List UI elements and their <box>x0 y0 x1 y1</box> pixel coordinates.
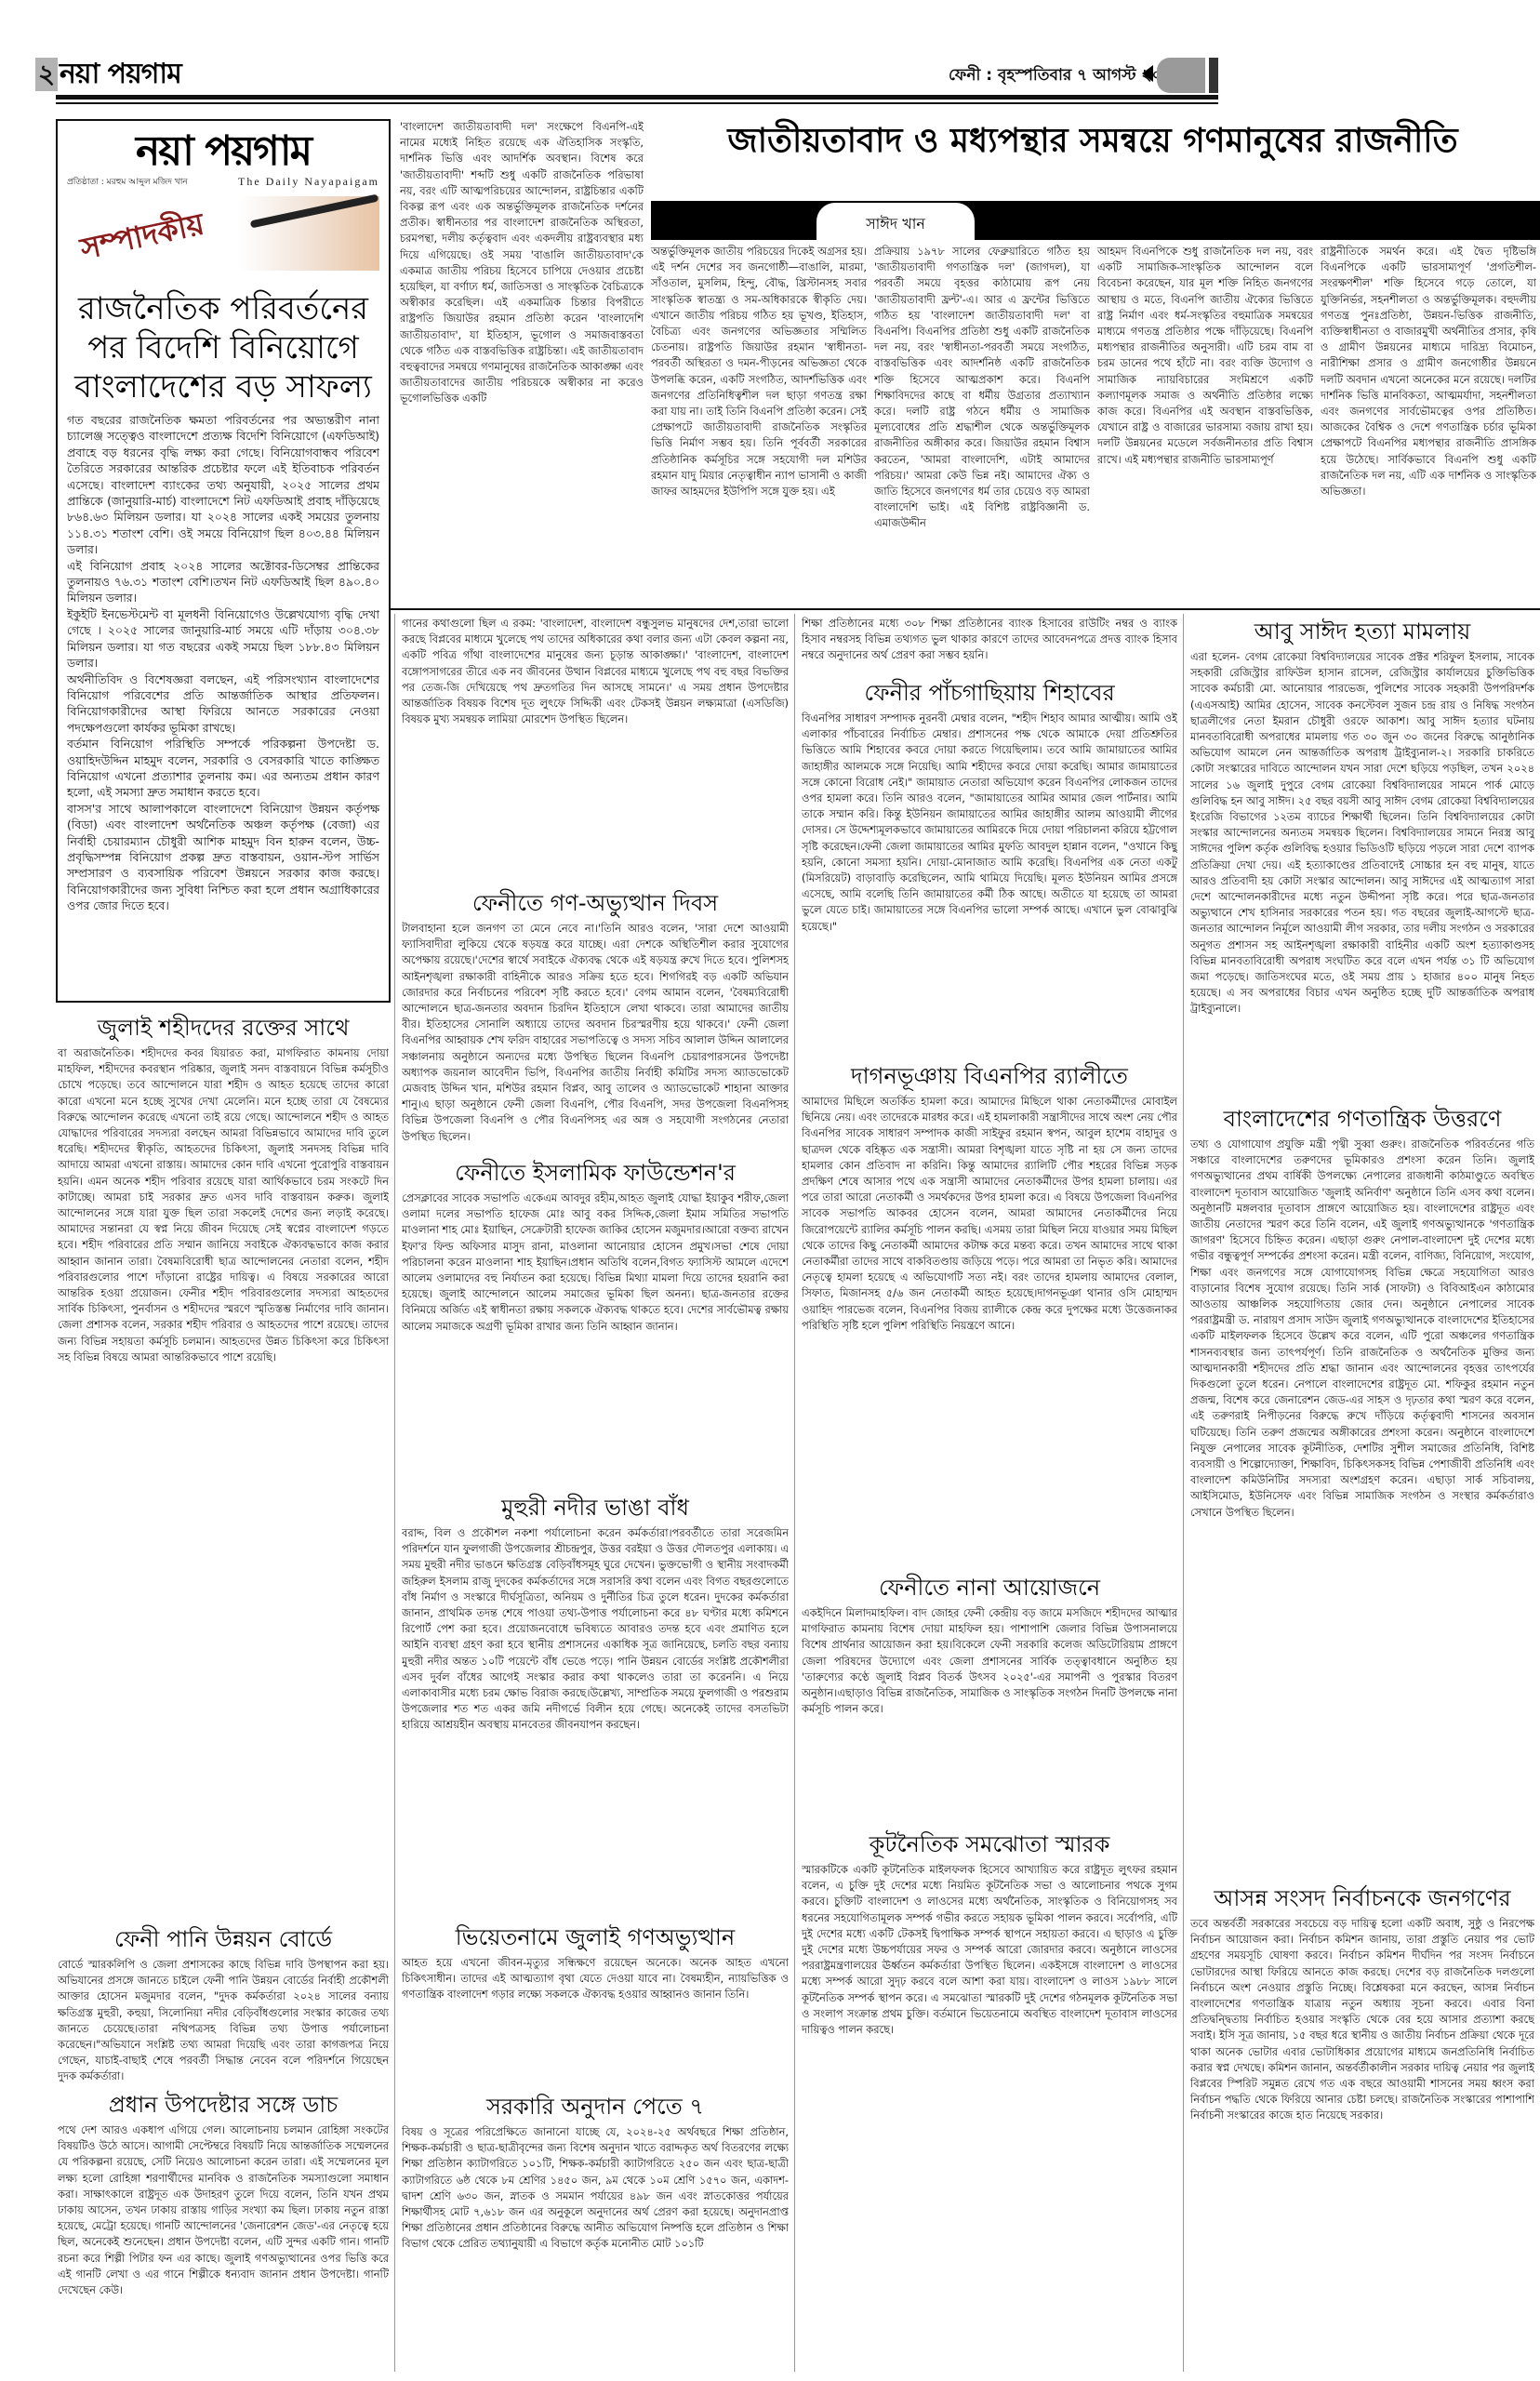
page-masthead: ২ নয়া পয়গাম ফেনী : বৃহস্পতিবার ৭ আগস্ট… <box>0 56 1540 93</box>
editorial-banner-text: সম্পাদকীয় <box>76 201 209 276</box>
byline-bar <box>651 201 1540 240</box>
editorial-headline: রাজনৈতিক পরিবর্তনের পর বিদেশি বিনিয়োগে … <box>67 289 379 406</box>
story-headline: মুহুরী নদীর ভাঙা বাঁধ <box>402 1492 789 1523</box>
lead-bottom-rule <box>391 608 1540 610</box>
english-name: The Daily Nayapaigam <box>238 175 379 189</box>
story-body: বরাদ্দ, বিল ও প্রকৌশল নকশা পর্যালোচনা কর… <box>402 1525 789 1918</box>
editorial-paragraph: ইকুইটি ইনভেস্টমেন্ট বা মূলধনী বিনিয়োগেও… <box>67 606 379 672</box>
story-body: স্মারকটিকে একটি কূটনৈতিক মাইলফলক হিসেবে … <box>802 1862 1177 2305</box>
story-body: একইদিনে মিলাদমাহফিল। বাদ জোহর ফেনী কেন্দ… <box>802 1605 1177 1825</box>
story-body: তথ্য ও যোগাযোগ প্রযুক্তি মন্ত্রী পৃথ্বী … <box>1190 1137 1534 1879</box>
editorial-paragraph: বর্তমান বিনিয়োগ পরিস্থিতি সম্পর্কে পরিক… <box>67 736 379 801</box>
editorial-banner-image: সম্পাদকীয় <box>67 196 379 271</box>
story-body: আমাদের মিছিলে অতর্কিত হামলা করে। আমাদের … <box>802 1094 1177 1568</box>
story-body: প্রেসক্লাবের সাবেক সভাপতি একেএম আবদুর রহ… <box>402 1190 789 1488</box>
story-headline: জুলাই শহীদদের রক্তের সাথে <box>56 1012 391 1044</box>
column-divider <box>394 614 395 2372</box>
founder-credit: প্রতিষ্ঠাতা : মরহুম আব্দুল মজিদ খান <box>67 175 188 189</box>
editorial-body: গত বছরের রাজনৈতিক ক্ষমতা পরিবর্তনের পর অ… <box>67 412 379 914</box>
editorial-box: নয়া পয়গাম প্রতিষ্ঠাতা : মরহুম আব্দুল ম… <box>56 119 391 1003</box>
newspaper-logo: নয়া পয়গাম <box>60 56 181 93</box>
lead-article-intro: 'বাংলাদেশ জাতীয়তাবাদী দল' সংক্ষেপে বিএন… <box>400 119 644 603</box>
editorial-logo-sub: প্রতিষ্ঠাতা : মরহুম আব্দুল মজিদ খান The … <box>67 175 379 189</box>
byline-author: সাঈদ খান <box>816 203 975 240</box>
story-headline: ফেনীতে গণ-অভ্যুত্থান দিবস <box>402 887 789 919</box>
story-body: তবে অন্তর্বর্তী সরকারের সবচেয়ে বড় দায়… <box>1190 1916 1534 2307</box>
editorial-paragraph: গত বছরের রাজনৈতিক ক্ষমতা পরিবর্তনের পর অ… <box>67 412 379 558</box>
story-headline: দাগনভূঞায় বিএনপির র‍্যালীতে <box>802 1060 1177 1092</box>
story-headline: ফেনীর পাঁচগাছিয়ায় শিহাবের <box>802 677 1177 709</box>
story-headline: ভিয়েতনামে জুলাই গণঅভ্যুত্থান <box>402 1922 789 1953</box>
page-number: ২ <box>35 58 58 91</box>
lead-headline: জাতীয়তাবাদ ও মধ্যপন্থার সমন্বয়ে গণমানু… <box>651 113 1534 169</box>
story-body: বা অরাজনৈতিক। শহীদদের কবর যিয়ারত করা, ম… <box>58 1045 389 1892</box>
editorial-paragraph: এই বিনিয়োগ প্রবাহ ২০২৪ সালের অক্টোবর-ডি… <box>67 558 379 606</box>
column-divider <box>794 614 795 2372</box>
editorial-paragraph: বাসস'র সাথে আলাপকালে বাংলাদেশে বিনিয়োগ … <box>67 801 379 914</box>
lead-column-2: প্রক্রিয়ায় ১৯৭৮ সালের ফেব্রুয়ারিতে গঠ… <box>874 244 1090 603</box>
lead-column-1: অন্তর্ভুক্তিমূলক জাতীয় পরিচয়ের দিকেই অ… <box>651 244 867 603</box>
story-body: বিষয় ও সূত্রের পরিপ্রেক্ষিতে জানানো যাচ… <box>402 2124 789 2375</box>
story-body: শিক্ষা প্রতিষ্ঠানের মধ্যে ৩০৮ শিক্ষা প্র… <box>802 616 1177 675</box>
previous-page-arrow-icon[interactable] <box>1142 65 1153 82</box>
story-headline: প্রধান উপদেষ্টার সঙ্গে ডাচ <box>56 2089 391 2121</box>
lead-column-4: রাষ্ট্রনীতিকে সমর্থন করে। এই দ্বৈত দৃষ্ট… <box>1321 244 1536 603</box>
story-headline: বাংলাদেশের গণতান্ত্রিক উত্তরণে <box>1190 1103 1534 1135</box>
masthead-rule-thin <box>56 102 1218 104</box>
page-tab-bar <box>1209 58 1218 93</box>
poem-block: গানের কথাগুলো ছিল এ রকম: 'বাংলাদেশ, বাংল… <box>402 616 789 882</box>
masthead-rule <box>56 95 1218 100</box>
story-headline: ফেনী পানি উন্নয়ন বোর্ডে <box>56 1923 391 1955</box>
story-body: এরা হলেন- বেগম রোকেয়া বিশ্ববিদ্যালয়ের … <box>1190 649 1534 1101</box>
story-headline: আবু সাঈদ হত্যা মামলায় <box>1190 616 1534 647</box>
story-body: আহত হয়ে এখনো জীবন-মৃত্যুর সন্ধিক্ষণে রয… <box>402 1955 789 2085</box>
story-headline: সরকারি অনুদান পেতে ৭ <box>402 2091 789 2122</box>
story-headline: আসন্ন সংসদ নির্বাচনকে জনগণের <box>1190 1882 1534 1914</box>
story-headline: ফেনীতে নানা আয়োজনে <box>802 1572 1177 1603</box>
editorial-paragraph: অর্থনীতিবিদ ও বিশেষজ্ঞরা বলছেন, এই পরিসং… <box>67 672 379 737</box>
page-tab-icon[interactable] <box>1157 58 1205 93</box>
editorial-logo: নয়া পয়গাম <box>67 130 379 173</box>
story-headline: ফেনীতে ইসলামিক ফাউন্ডেশন'র <box>402 1157 789 1189</box>
story-body: বোর্ডে স্মারকলিপি ও জেলা প্রশাসকের কাছে … <box>58 1957 389 2087</box>
column-divider <box>1183 614 1184 2372</box>
lead-column-3: আহমদ বিএনপিকে শুধু রাজনৈতিক দল নয়, বরং … <box>1097 244 1313 603</box>
story-body: পথে দেশ আরও একধাপ এগিয়ে গেল। আলোচনায় চ… <box>58 2122 389 2374</box>
pen-icon <box>250 194 379 229</box>
story-body: টালবাহানা হলে জনগণ তা মেনে নেবে না।'তিনি… <box>402 921 789 1155</box>
story-headline: কূটনৈতিক সমঝোতা স্মারক <box>802 1829 1177 1860</box>
story-body: বিএনপির সাধারণ সম্পাদক নুরনবী মেম্বার বল… <box>802 711 1177 1055</box>
